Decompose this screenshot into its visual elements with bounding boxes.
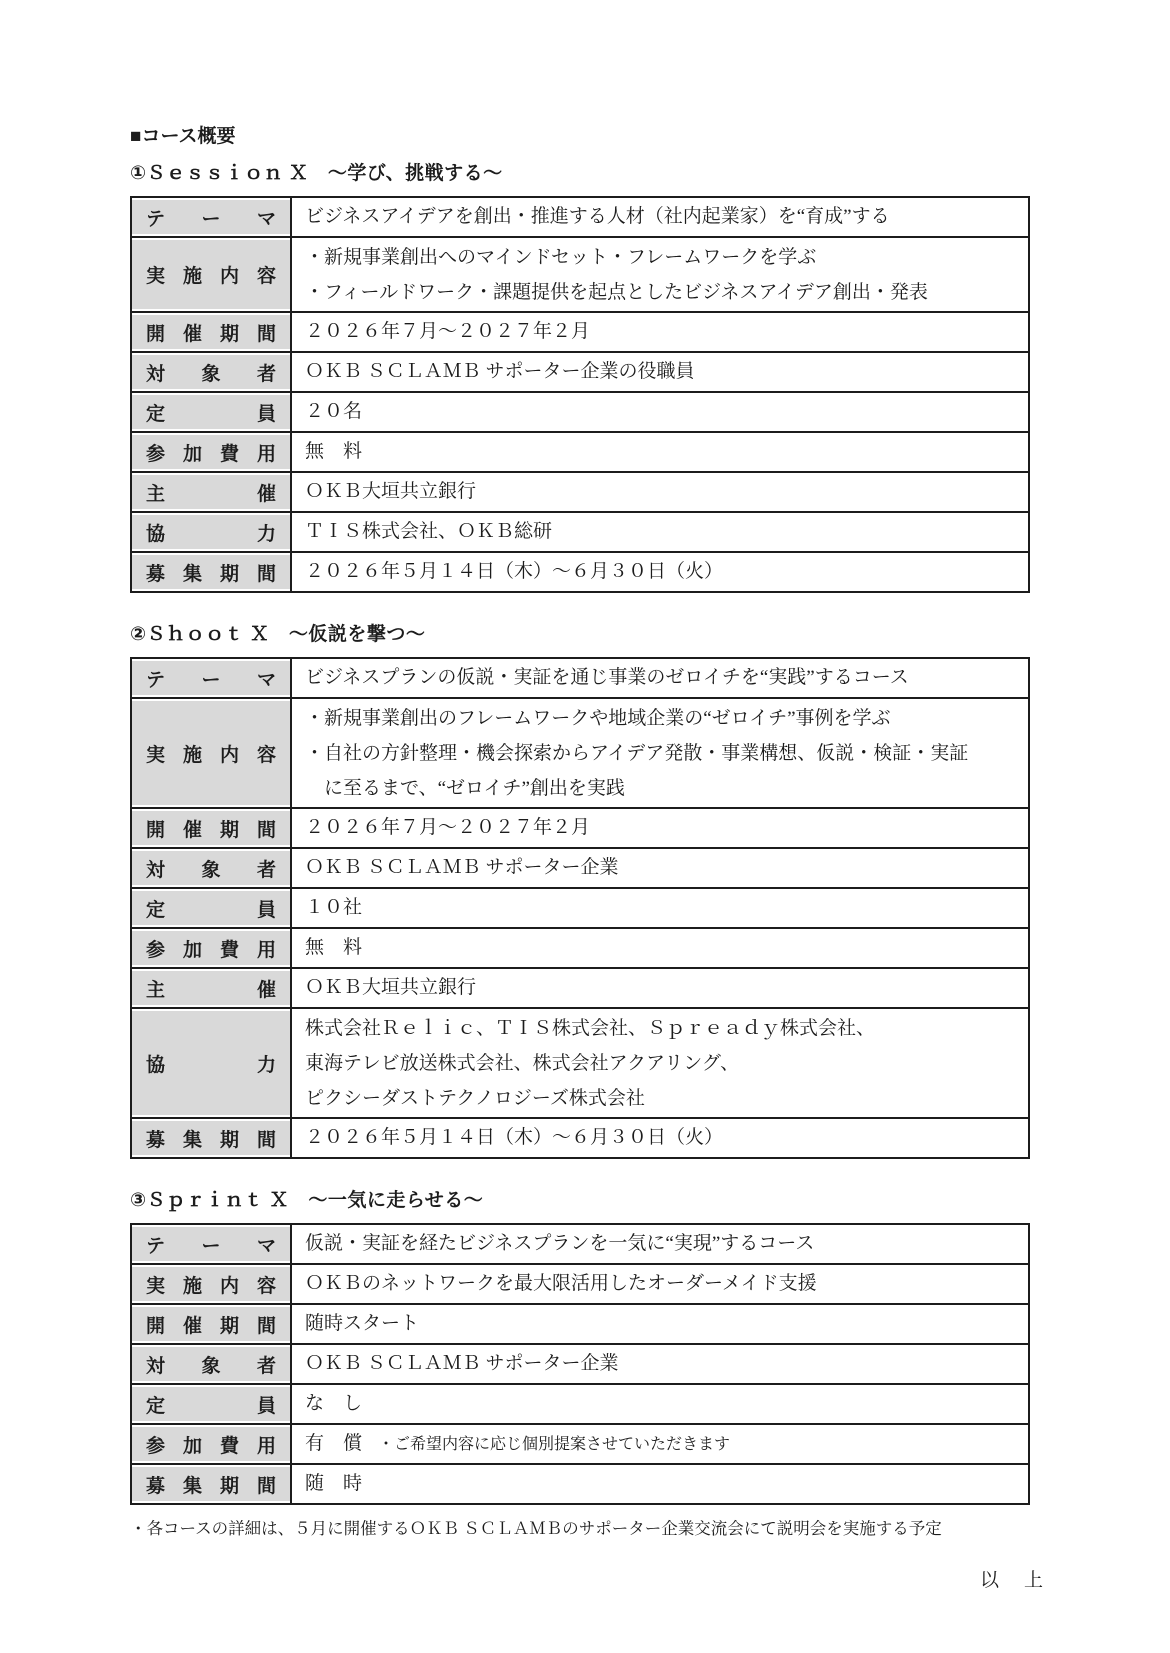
row-value-cooperation: 株式会社Ｒｅｌｉｃ、ＴＩＳ株式会社、Ｓｐｒｅａｄｙ株式会社、東海テレビ放送株式会… [292,1009,1028,1117]
row-value-target: ＯＫＢ ＳＣＬＡＭＢ サポーター企業の役職員 [292,353,1028,391]
row-header-target: 対象者 [132,849,292,887]
row-value-fee: 有 償 ・ご希望内容に応じ個別提案させていただきます [292,1425,1028,1463]
row-header-char: マ [257,1231,276,1258]
value-text: 随時スタート [305,1313,419,1334]
row-header-capacity: 定員 [132,889,292,927]
value-line: ＯＫＢ大垣共立銀行 [305,481,1020,503]
table-row-fee: 参加費用無 料 [132,431,1028,471]
value-line: ２０２６年７月～２０２７年２月 [305,817,1020,839]
value-text: ・自社の方針整理・機会探索からアイデア発散・事業構想、仮説・検証・実証 [305,743,968,764]
table-row-capacity: 定員な し [132,1383,1028,1423]
value-line: 随 時 [305,1473,1020,1495]
row-header-host: 主催 [132,969,292,1007]
row-header-char: 集 [183,1125,202,1152]
value-line: 有 償 ・ご希望内容に応じ個別提案させていただきます [305,1433,1020,1456]
value-line: ・フィールドワーク・課題提供を起点としたビジネスアイデア創出・発表 [305,275,1020,310]
row-header-char: 対 [146,855,165,882]
row-header-char: 施 [183,740,202,767]
value-text: ビジネスプランの仮説・実証を通じ事業のゼロイチを“実践”するコース [305,667,909,688]
value-line: な し [305,1393,1020,1415]
row-header-char: 集 [183,1471,202,1498]
value-text: ＯＫＢ ＳＣＬＡＭＢ サポーター企業 [305,1353,619,1374]
row-header-char: 募 [146,1471,165,1498]
row-header-period: 開催期間 [132,313,292,351]
value-line: ピクシーダストテクノロジーズ株式会社 [305,1081,1020,1116]
value-text: ２０２６年７月～２０２７年２月 [305,321,590,342]
closing-remark: 以 上 [130,1565,1046,1592]
row-value-period: ２０２６年７月～２０２７年２月 [292,809,1028,847]
value-line: 随時スタート [305,1313,1020,1335]
value-text: ＯＫＢ大垣共立銀行 [305,481,476,502]
row-header-char: 開 [146,319,165,346]
table-row-cooperation: 協力ＴＩＳ株式会社、ＯＫＢ総研 [132,511,1028,551]
table-row-recruitment: 募集期間２０２６年５月１４日（木）～６月３０日（火） [132,1117,1028,1157]
table-row-host: 主催ＯＫＢ大垣共立銀行 [132,471,1028,511]
footnote: ・各コースの詳細は、５月に開催するＯＫＢ ＳＣＬＡＭＢのサポーター企業交流会にて… [130,1517,1170,1541]
value-text: ２０２６年５月１４日（木）～６月３０日（火） [305,561,723,582]
row-value-capacity: ２０名 [292,393,1028,431]
row-header-theme: テーマ [132,198,292,236]
row-header-capacity: 定員 [132,1385,292,1423]
row-header-char: 定 [146,895,165,922]
row-header-char: 集 [183,559,202,586]
row-header-char: 者 [257,1351,276,1378]
value-text: な し [305,1393,362,1414]
row-header-char: 期 [220,1311,239,1338]
value-text: ピクシーダストテクノロジーズ株式会社 [305,1088,645,1109]
course-table-session-x: テーマビジネスアイデアを創出・推進する人材（社内起業家）を“育成”する実施内容・… [130,196,1030,593]
value-text: ・新規事業創出のフレームワークや地域企業の“ゼロイチ”事例を学ぶ [305,708,891,729]
row-header-content: 実施内容 [132,238,292,311]
table-row-content: 実施内容・新規事業創出へのマインドセット・フレームワークを学ぶ・フィールドワーク… [132,236,1028,311]
row-value-host: ＯＫＢ大垣共立銀行 [292,473,1028,511]
table-row-fee: 参加費用無 料 [132,927,1028,967]
value-text: １０社 [305,897,362,918]
row-header-char: 力 [257,519,276,546]
row-header-target: 対象者 [132,1345,292,1383]
row-header-char: 主 [146,479,165,506]
value-text: 株式会社Ｒｅｌｉｃ、ＴＩＳ株式会社、Ｓｐｒｅａｄｙ株式会社、 [305,1018,875,1039]
row-header-char: 開 [146,1311,165,1338]
value-line: 東海テレビ放送株式会社、株式会社アクアリング、 [305,1046,1020,1081]
table-row-target: 対象者ＯＫＢ ＳＣＬＡＭＢ サポーター企業の役職員 [132,351,1028,391]
value-text: ・ご希望内容に応じ個別提案させていただきます [362,1436,730,1453]
value-text: 仮説・実証を経たビジネスプランを一気に“実現”するコース [305,1233,814,1254]
table-row-content: 実施内容ＯＫＢのネットワークを最大限活用したオーダーメイド支援 [132,1263,1028,1303]
row-header-char: ー [201,665,220,692]
row-header-period: 開催期間 [132,1305,292,1343]
row-header-char: 対 [146,1351,165,1378]
row-value-capacity: １０社 [292,889,1028,927]
section-heading-session-x: ①Ｓｅｓｓｉｏｎ Ｘ ～学び、挑戦する～ [130,160,1170,188]
value-line: 株式会社Ｒｅｌｉｃ、ＴＩＳ株式会社、Ｓｐｒｅａｄｙ株式会社、 [305,1011,1020,1046]
row-value-target: ＯＫＢ ＳＣＬＡＭＢ サポーター企業 [292,849,1028,887]
row-value-content: ・新規事業創出へのマインドセット・フレームワークを学ぶ・フィールドワーク・課題提… [292,238,1028,311]
table-row-capacity: 定員１０社 [132,887,1028,927]
row-header-char: 員 [257,895,276,922]
table-row-target: 対象者ＯＫＢ ＳＣＬＡＭＢ サポーター企業 [132,847,1028,887]
row-header-period: 開催期間 [132,809,292,847]
row-header-char: 費 [220,439,239,466]
row-header-char: 間 [257,1311,276,1338]
row-header-char: 対 [146,359,165,386]
row-header-char: マ [257,665,276,692]
row-header-fee: 参加費用 [132,1425,292,1463]
value-line: ・新規事業創出のフレームワークや地域企業の“ゼロイチ”事例を学ぶ [305,701,1020,736]
row-header-char: 実 [146,740,165,767]
value-text: ２０２６年５月１４日（木）～６月３０日（火） [305,1127,723,1148]
row-header-char: 用 [257,1431,276,1458]
row-value-recruitment: ２０２６年５月１４日（木）～６月３０日（火） [292,1119,1028,1157]
table-row-theme: テーマ仮説・実証を経たビジネスプランを一気に“実現”するコース [132,1225,1028,1263]
row-header-char: 容 [257,740,276,767]
table-row-host: 主催ＯＫＢ大垣共立銀行 [132,967,1028,1007]
row-header-char: 内 [220,261,239,288]
value-line: ・新規事業創出へのマインドセット・フレームワークを学ぶ [305,240,1020,275]
value-line: ＯＫＢ ＳＣＬＡＭＢ サポーター企業 [305,1353,1020,1375]
value-line: ＯＫＢ ＳＣＬＡＭＢ サポーター企業 [305,857,1020,879]
row-header-fee: 参加費用 [132,929,292,967]
row-value-theme: ビジネスプランの仮説・実証を通じ事業のゼロイチを“実践”するコース [292,659,1028,697]
row-header-char: テ [146,1231,165,1258]
value-line: ＴＩＳ株式会社、ＯＫＢ総研 [305,521,1020,543]
table-row-recruitment: 募集期間随 時 [132,1463,1028,1503]
row-header-char: 協 [146,519,165,546]
row-header-char: ー [201,1231,220,1258]
table-row-period: 開催期間随時スタート [132,1303,1028,1343]
document-title: ■コース概要 [130,124,1170,150]
row-header-char: 催 [183,815,202,842]
row-header-char: 容 [257,1271,276,1298]
value-line: ビジネスプランの仮説・実証を通じ事業のゼロイチを“実践”するコース [305,667,1020,689]
row-header-char: 期 [220,1471,239,1498]
row-header-char: 間 [257,1125,276,1152]
row-value-period: ２０２６年７月～２０２７年２月 [292,313,1028,351]
value-text: 有 償 [305,1433,362,1454]
value-line: 無 料 [305,937,1020,959]
row-header-char: 実 [146,261,165,288]
row-value-capacity: な し [292,1385,1028,1423]
row-header-char: 象 [201,359,220,386]
row-header-char: 間 [257,319,276,346]
row-header-char: 参 [146,439,165,466]
row-header-char: 力 [257,1050,276,1077]
value-text: ＯＫＢ大垣共立銀行 [305,977,476,998]
value-text: 無 料 [305,937,362,958]
row-header-content: 実施内容 [132,1265,292,1303]
row-header-char: 員 [257,1391,276,1418]
table-row-period: 開催期間２０２６年７月～２０２７年２月 [132,807,1028,847]
row-value-recruitment: ２０２６年５月１４日（木）～６月３０日（火） [292,553,1028,591]
document-page: ■コース概要 ①Ｓｅｓｓｉｏｎ Ｘ ～学び、挑戦する～ テーマビジネスアイデアを… [0,0,1170,1653]
table-row-target: 対象者ＯＫＢ ＳＣＬＡＭＢ サポーター企業 [132,1343,1028,1383]
value-line: 無 料 [305,441,1020,463]
row-value-theme: 仮説・実証を経たビジネスプランを一気に“実現”するコース [292,1225,1028,1263]
row-header-fee: 参加費用 [132,433,292,471]
value-line: ２０２６年７月～２０２７年２月 [305,321,1020,343]
row-value-host: ＯＫＢ大垣共立銀行 [292,969,1028,1007]
row-header-char: 容 [257,261,276,288]
course-table-sprint-x: テーマ仮説・実証を経たビジネスプランを一気に“実現”するコース実施内容ＯＫＢのネ… [130,1223,1030,1505]
row-header-char: 実 [146,1271,165,1298]
section-heading-sprint-x: ③Ｓｐｒｉｎｔ Ｘ ～一気に走らせる～ [130,1187,1170,1215]
value-text: ＴＩＳ株式会社、ＯＫＢ総研 [305,521,552,542]
section-sprint-x: ③Ｓｐｒｉｎｔ Ｘ ～一気に走らせる～ テーマ仮説・実証を経たビジネスプランを一… [130,1187,1170,1505]
row-header-theme: テーマ [132,1225,292,1263]
row-header-char: 象 [201,855,220,882]
value-text: ＯＫＢ ＳＣＬＡＭＢ サポーター企業の役職員 [305,361,695,382]
value-line: ＯＫＢ大垣共立銀行 [305,977,1020,999]
row-header-char: 間 [257,1471,276,1498]
table-row-fee: 参加費用有 償 ・ご希望内容に応じ個別提案させていただきます [132,1423,1028,1463]
row-header-char: 加 [183,1431,202,1458]
row-header-char: 内 [220,740,239,767]
row-header-theme: テーマ [132,659,292,697]
value-text: ・新規事業創出へのマインドセット・フレームワークを学ぶ [305,247,816,268]
row-header-char: 加 [183,935,202,962]
row-header-char: 募 [146,559,165,586]
value-line: ＯＫＢ ＳＣＬＡＭＢ サポーター企業の役職員 [305,361,1020,383]
row-header-char: 催 [257,479,276,506]
row-header-char: 費 [220,1431,239,1458]
row-header-capacity: 定員 [132,393,292,431]
course-table-shoot-x: テーマビジネスプランの仮説・実証を通じ事業のゼロイチを“実践”するコース実施内容… [130,657,1030,1159]
value-line: に至るまで、“ゼロイチ”創出を実践 [305,771,1020,806]
row-header-char: 施 [183,1271,202,1298]
row-header-char: 協 [146,1050,165,1077]
row-header-char: 催 [183,319,202,346]
row-header-char: 用 [257,439,276,466]
row-header-char: 者 [257,855,276,882]
row-header-char: 内 [220,1271,239,1298]
value-text: ビジネスアイデアを創出・推進する人材（社内起業家）を“育成”する [305,206,890,227]
table-row-cooperation: 協力株式会社Ｒｅｌｉｃ、ＴＩＳ株式会社、Ｓｐｒｅａｄｙ株式会社、東海テレビ放送株… [132,1007,1028,1117]
row-header-char: 定 [146,1391,165,1418]
value-text: 無 料 [305,441,362,462]
row-value-recruitment: 随 時 [292,1465,1028,1503]
row-header-char: 間 [257,559,276,586]
row-header-char: 施 [183,261,202,288]
row-header-recruitment: 募集期間 [132,553,292,591]
row-header-char: 象 [201,1351,220,1378]
section-session-x: ①Ｓｅｓｓｉｏｎ Ｘ ～学び、挑戦する～ テーマビジネスアイデアを創出・推進する… [130,160,1170,593]
table-row-theme: テーマビジネスアイデアを創出・推進する人材（社内起業家）を“育成”する [132,198,1028,236]
row-value-theme: ビジネスアイデアを創出・推進する人材（社内起業家）を“育成”する [292,198,1028,236]
row-header-char: 期 [220,815,239,842]
row-value-fee: 無 料 [292,433,1028,471]
value-line: ２０名 [305,401,1020,423]
row-header-char: 期 [220,1125,239,1152]
row-value-content: ＯＫＢのネットワークを最大限活用したオーダーメイド支援 [292,1265,1028,1303]
value-line: 仮説・実証を経たビジネスプランを一気に“実現”するコース [305,1233,1020,1255]
value-line: ビジネスアイデアを創出・推進する人材（社内起業家）を“育成”する [305,206,1020,228]
value-text: ＯＫＢのネットワークを最大限活用したオーダーメイド支援 [305,1273,817,1294]
row-header-char: 募 [146,1125,165,1152]
row-header-char: テ [146,665,165,692]
row-header-char: 主 [146,975,165,1002]
row-header-char: 員 [257,399,276,426]
value-text: 随 時 [305,1473,362,1494]
row-header-char: 参 [146,935,165,962]
row-value-target: ＯＫＢ ＳＣＬＡＭＢ サポーター企業 [292,1345,1028,1383]
row-header-char: マ [257,204,276,231]
row-header-char: 開 [146,815,165,842]
value-text: ・フィールドワーク・課題提供を起点としたビジネスアイデア創出・発表 [305,282,928,303]
section-heading-shoot-x: ②Ｓｈｏｏｔ Ｘ ～仮説を撃つ～ [130,621,1170,649]
row-header-char: 参 [146,1431,165,1458]
value-text: 東海テレビ放送株式会社、株式会社アクアリング、 [305,1053,739,1074]
row-value-content: ・新規事業創出のフレームワークや地域企業の“ゼロイチ”事例を学ぶ・自社の方針整理… [292,699,1028,807]
row-header-char: テ [146,204,165,231]
row-header-recruitment: 募集期間 [132,1119,292,1157]
table-row-recruitment: 募集期間２０２６年５月１４日（木）～６月３０日（火） [132,551,1028,591]
row-header-recruitment: 募集期間 [132,1465,292,1503]
row-header-cooperation: 協力 [132,1009,292,1117]
row-header-char: 催 [183,1311,202,1338]
row-header-char: ー [201,204,220,231]
value-line: １０社 [305,897,1020,919]
row-header-char: 加 [183,439,202,466]
row-header-char: 期 [220,559,239,586]
table-row-theme: テーマビジネスプランの仮説・実証を通じ事業のゼロイチを“実践”するコース [132,659,1028,697]
value-line: ２０２６年５月１４日（木）～６月３０日（火） [305,1127,1020,1149]
row-header-target: 対象者 [132,353,292,391]
value-text: ＯＫＢ ＳＣＬＡＭＢ サポーター企業 [305,857,619,878]
row-header-char: 期 [220,319,239,346]
value-text: ２０名 [305,401,362,422]
value-line: ２０２６年５月１４日（木）～６月３０日（火） [305,561,1020,583]
row-header-char: 催 [257,975,276,1002]
value-line: ・自社の方針整理・機会探索からアイデア発散・事業構想、仮説・検証・実証 [305,736,1020,771]
row-value-cooperation: ＴＩＳ株式会社、ＯＫＢ総研 [292,513,1028,551]
value-text: ２０２６年７月～２０２７年２月 [305,817,590,838]
table-row-content: 実施内容・新規事業創出のフレームワークや地域企業の“ゼロイチ”事例を学ぶ・自社の… [132,697,1028,807]
row-header-char: 間 [257,815,276,842]
row-header-char: 用 [257,935,276,962]
table-row-capacity: 定員２０名 [132,391,1028,431]
table-row-period: 開催期間２０２６年７月～２０２７年２月 [132,311,1028,351]
row-header-host: 主催 [132,473,292,511]
row-value-period: 随時スタート [292,1305,1028,1343]
row-header-char: 定 [146,399,165,426]
row-header-content: 実施内容 [132,699,292,807]
row-header-char: 費 [220,935,239,962]
row-header-cooperation: 協力 [132,513,292,551]
row-header-char: 者 [257,359,276,386]
section-shoot-x: ②Ｓｈｏｏｔ Ｘ ～仮説を撃つ～ テーマビジネスプランの仮説・実証を通じ事業のゼ… [130,621,1170,1159]
row-value-fee: 無 料 [292,929,1028,967]
value-text: に至るまで、“ゼロイチ”創出を実践 [305,778,625,799]
value-line: ＯＫＢのネットワークを最大限活用したオーダーメイド支援 [305,1273,1020,1295]
